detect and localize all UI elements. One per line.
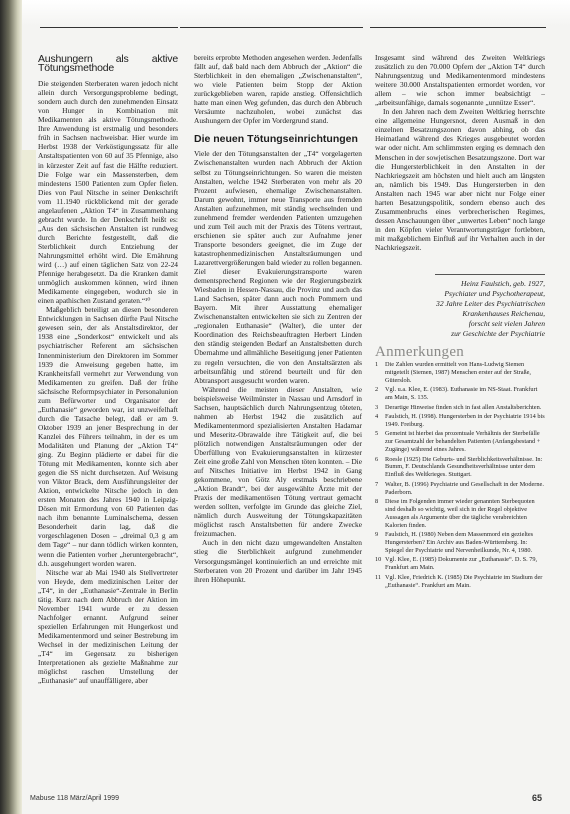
author-line: Krankenhauses Reichenau, (375, 309, 545, 319)
footnote-number: 1 (375, 361, 385, 385)
footnote: 8Diese im Folgenden immer wieder genannt… (375, 498, 545, 530)
footnote-number: 5 (375, 430, 385, 454)
footnote-number: 4 (375, 413, 385, 429)
paragraph: Nitsche war ab Mai 1940 als Stellvertret… (38, 568, 178, 686)
paragraph: Insgesamt sind während des Zweiten Weltk… (375, 53, 545, 107)
footnote-text: Faulstich, H. (1998). Hungersterben in d… (385, 413, 545, 429)
footnote-text: Derartige Hinweise finden sich in fast a… (385, 404, 545, 412)
footnote: 5Gemeint ist hierbei das prozentuale Ver… (375, 430, 545, 454)
top-rule-right (370, 27, 546, 28)
page-number: 65 (532, 793, 542, 803)
footnote: 10Vgl. Klee, E. (1985) Dokumente zur „Eu… (375, 556, 545, 572)
author-line: forscht seit vielen Jahren (375, 319, 545, 329)
footnote-number: 3 (375, 404, 385, 412)
footnote-text: Gemeint ist hierbei das prozentuale Verh… (385, 430, 545, 454)
journal-footer: Mabuse 118 März/April 1999 (30, 795, 119, 802)
footnote-text: Die Zahlen wurden ermittelt von Hans-Lud… (385, 361, 545, 385)
footnote-text: Roesle (1925) Die Geburts- und Sterblich… (385, 456, 545, 480)
right-column: Insgesamt sind während des Zweiten Weltk… (375, 53, 545, 591)
book-binding-shadow (0, 0, 22, 814)
footnote-number: 10 (375, 556, 385, 572)
page-gutter-tint (22, 150, 36, 610)
footnote: 1Die Zahlen wurden ermittelt von Hans-Lu… (375, 361, 545, 385)
paragraph: Während die meisten dieser Anstalten, wi… (194, 385, 362, 539)
author-bio: Heinz Faulstich, geb. 1927, Psychiater u… (375, 279, 545, 339)
footnote: 7Walter, B. (1996) Psychiatrie und Gesel… (375, 481, 545, 497)
footnote: 11Vgl. Klee, Friedrich K. (1985) Die Psy… (375, 574, 545, 590)
left-column: Aushungern als aktive Tötungsmethode Die… (38, 55, 178, 685)
footnote-number: 9 (375, 531, 385, 555)
footnote-number: 11 (375, 574, 385, 590)
paragraph: Auch in den nicht dazu umgewandelten Ans… (194, 538, 362, 583)
footnote-number: 8 (375, 498, 385, 530)
paragraph: Viele der den Tötungsanstalten der „T4“ … (194, 149, 362, 384)
paragraph: In den Jahren nach dem Zweiten Weltkrieg… (375, 107, 545, 252)
footnote-text: Diese im Folgenden immer wieder genannte… (385, 498, 545, 530)
paragraph: Die steigenden Sterberaten waren jedoch … (38, 79, 178, 305)
footnotes-list: 1Die Zahlen wurden ermittelt von Hans-Lu… (375, 361, 545, 589)
footnote-number: 6 (375, 456, 385, 480)
author-line: Psychiater und Psychotherapeut, (375, 289, 545, 299)
footnote-text: Vgl. Klee, E. (1985) Dokumente zur „Euth… (385, 556, 545, 572)
footnote-text: Walter, B. (1996) Psychiatrie und Gesell… (385, 481, 545, 497)
author-line: zur Geschichte der Psychiatrie (375, 329, 545, 339)
top-rule-middle (180, 27, 363, 28)
middle-column: bereits erprobte Methoden angesehen werd… (194, 53, 362, 584)
section-heading-new-killing-facilities: Die neuen Tötungseinrichtungen (194, 135, 362, 144)
section-heading-starvation: Aushungern als aktive Tötungsmethode (38, 55, 178, 73)
footnote: 4Faulstich, H. (1998). Hungersterben in … (375, 413, 545, 429)
paragraph: bereits erprobte Methoden angesehen werd… (194, 53, 362, 125)
footnote-text: Faulstich, H. (1980) Neben dem Massenmor… (385, 531, 545, 555)
notes-heading: Anmerkungen (375, 348, 545, 357)
page-top-edge (22, 0, 570, 26)
author-divider (435, 274, 545, 275)
footnote: 3Derartige Hinweise finden sich in fast … (375, 404, 545, 412)
footnote-number: 7 (375, 481, 385, 497)
paragraph: Maßgeblich beteiligt an diesen besondere… (38, 305, 178, 567)
author-line: Heinz Faulstich, geb. 1927, (375, 279, 545, 289)
footnote: 9Faulstich, H. (1980) Neben dem Massenmo… (375, 531, 545, 555)
footnote-number: 2 (375, 386, 385, 402)
footnote-text: Vgl. Klee, Friedrich K. (1985) Die Psych… (385, 574, 545, 590)
footnote: 6Roesle (1925) Die Geburts- und Sterblic… (375, 456, 545, 480)
footnote: 2Vgl. u.a. Klee, E. (1983). Euthanasie i… (375, 386, 545, 402)
footnote-text: Vgl. u.a. Klee, E. (1983). Euthanasie im… (385, 386, 545, 402)
top-rule-left (40, 27, 178, 28)
author-line: 32 Jahre Leiter des Psychiatrischen (375, 299, 545, 309)
